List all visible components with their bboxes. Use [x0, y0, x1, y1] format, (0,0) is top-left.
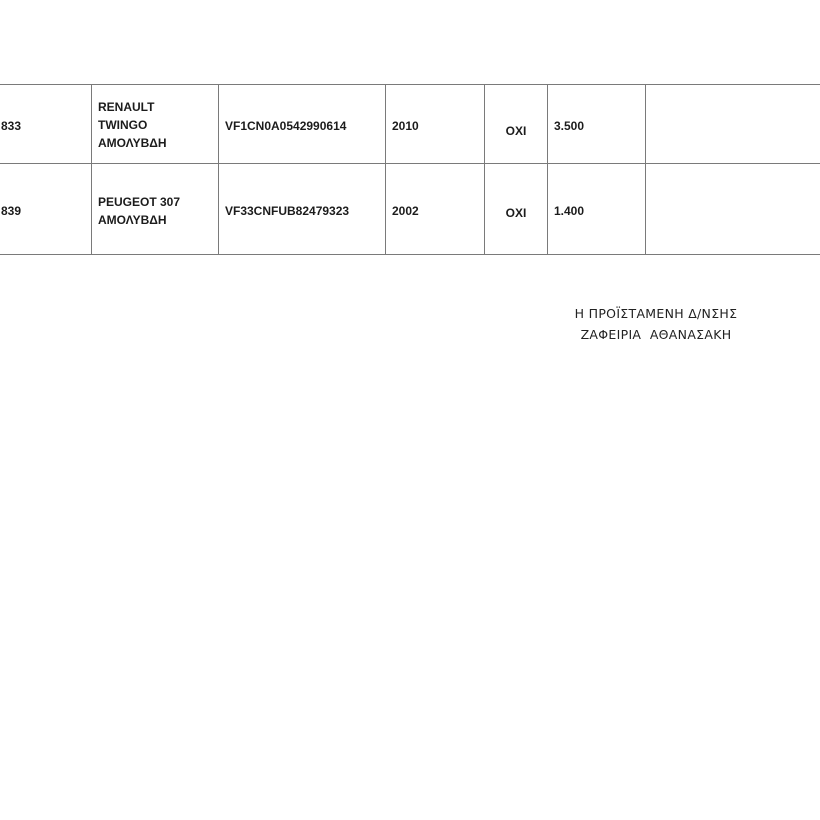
vehicle-price-cell: 1.400: [548, 164, 646, 255]
vehicle-year-cell: 2010: [386, 85, 485, 164]
vehicle-model-cell: PEUGEOT 307 ΑΜΟΛΥΒΔΗ: [92, 164, 219, 255]
table-row: 839 PEUGEOT 307 ΑΜΟΛΥΒΔΗ VF33CNFUB824793…: [0, 164, 820, 255]
vehicle-model-cell: RENAULT TWINGO ΑΜΟΛΥΒΔΗ: [92, 85, 219, 164]
table-row: 833 RENAULT TWINGO ΑΜΟΛΥΒΔΗ VF1CN0A05429…: [0, 85, 820, 164]
signature-title: Η ΠΡΟΪΣΤΑΜΕΝΗ Δ/ΝΣΗΣ: [540, 303, 772, 324]
vehicle-notes-cell: [646, 164, 820, 255]
vehicle-vin-cell: VF33CNFUB82479323: [219, 164, 386, 255]
vehicle-model-text: PEUGEOT 307 ΑΜΟΛΥΒΔΗ: [98, 193, 218, 229]
signature-block: Η ΠΡΟΪΣΤΑΜΕΝΗ Δ/ΝΣΗΣ ΖΑΦΕΙΡΙΑ ΑΘΑΝΑΣΑΚΗ: [540, 303, 772, 345]
vehicle-year-cell: 2002: [386, 164, 485, 255]
vehicle-id-cell: 833: [0, 85, 92, 164]
vehicle-flag-cell: OXI: [485, 164, 548, 255]
vehicle-price-cell: 3.500: [548, 85, 646, 164]
vehicle-flag-cell: OXI: [485, 85, 548, 164]
document-page: 833 RENAULT TWINGO ΑΜΟΛΥΒΔΗ VF1CN0A05429…: [0, 0, 820, 820]
vehicle-table: 833 RENAULT TWINGO ΑΜΟΛΥΒΔΗ VF1CN0A05429…: [0, 84, 820, 255]
vehicle-vin-cell: VF1CN0A0542990614: [219, 85, 386, 164]
vehicle-id-cell: 839: [0, 164, 92, 255]
vehicle-model-text: RENAULT TWINGO ΑΜΟΛΥΒΔΗ: [98, 98, 218, 152]
vehicle-notes-cell: [646, 85, 820, 164]
signature-name: ΖΑΦΕΙΡΙΑ ΑΘΑΝΑΣΑΚΗ: [540, 324, 772, 345]
